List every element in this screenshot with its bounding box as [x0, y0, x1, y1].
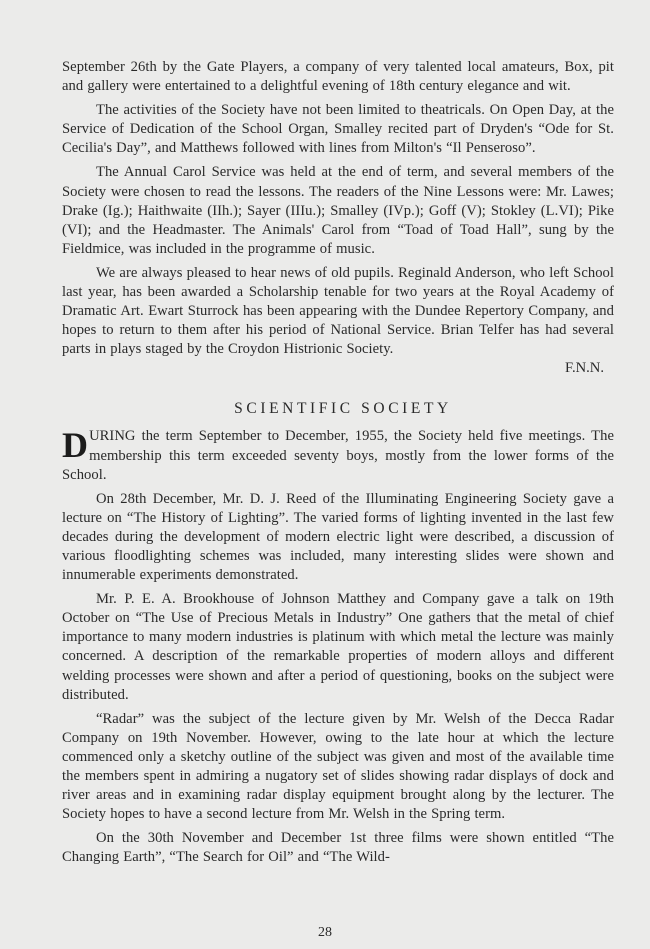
paragraph-films: On the 30th November and December 1st th… [62, 829, 614, 867]
paragraph-intro-text: URING the term September to December, 19… [62, 428, 614, 482]
paragraph-carol-service: The Annual Carol Service was held at the… [62, 163, 614, 258]
drop-cap: D [62, 430, 88, 460]
paragraph-old-pupils: We are always pleased to hear news of ol… [62, 264, 614, 359]
paragraph-precious-metals: Mr. P. E. A. Brookhouse of Johnson Matth… [62, 590, 614, 705]
paragraph-activities: The activities of the Society have not b… [62, 101, 614, 158]
page-number: 28 [0, 925, 650, 941]
document-page: September 26th by the Gate Players, a co… [62, 58, 614, 867]
paragraph-intro: DURING the term September to December, 1… [62, 427, 614, 484]
paragraph-gate-players: September 26th by the Gate Players, a co… [62, 58, 614, 96]
paragraph-radar-lecture: “Radar” was the subject of the lecture g… [62, 710, 614, 825]
author-initials: F.N.N. [62, 359, 614, 378]
paragraph-lighting-lecture: On 28th December, Mr. D. J. Reed of the … [62, 490, 614, 585]
section-heading-scientific-society: SCIENTIFIC SOCIETY [62, 399, 614, 419]
